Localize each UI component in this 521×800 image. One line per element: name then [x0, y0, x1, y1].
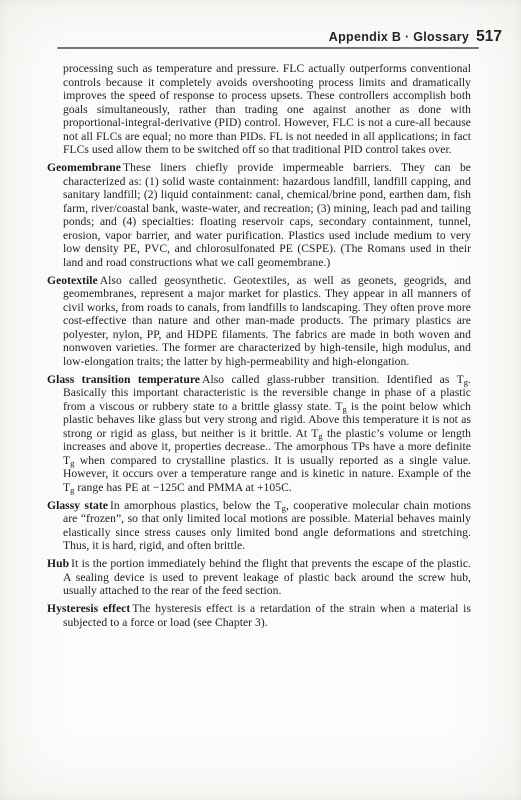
glossary-definition: It is the portion immediately behind the… — [63, 557, 471, 597]
book-page: Appendix B · Glossary517 processing such… — [0, 0, 521, 800]
glossary-term: Glassy state — [47, 499, 108, 512]
glossary-definition: Also called glass-rubber transition. Ide… — [63, 373, 471, 494]
running-header: Appendix B · Glossary517 — [329, 28, 502, 46]
continued-paragraph: processing such as temperature and press… — [63, 62, 471, 157]
glossary-term: Geomembrane — [47, 161, 121, 174]
glossary-entry-hysteresis-effect: Hysteresis effectThe hysteresis effect i… — [47, 602, 471, 629]
header-rule — [57, 47, 479, 49]
glossary-term: Hysteresis effect — [47, 602, 130, 615]
page-number: 517 — [476, 28, 502, 45]
glossary-entry-geotextile: GeotextileAlso called geosynthetic. Geot… — [47, 274, 471, 369]
glossary-content: processing such as temperature and press… — [47, 62, 471, 629]
glossary-entry-glassy-state: Glassy stateIn amorphous plastics, below… — [47, 499, 471, 553]
running-head-title: Appendix B · Glossary — [329, 30, 469, 44]
glossary-term: Geotextile — [47, 274, 98, 287]
glossary-term: Glass transition temperature — [47, 373, 200, 386]
glossary-entry-glass-transition-temperature: Glass transition temperatureAlso called … — [47, 373, 471, 495]
glossary-definition: Also called geosynthetic. Geotextiles, a… — [63, 274, 471, 368]
glossary-entry-geomembrane: GeomembraneThese liners chiefly provide … — [47, 161, 471, 269]
glossary-entry-hub: HubIt is the portion immediately behind … — [47, 557, 471, 598]
glossary-definition: These liners chiefly provide impermeable… — [63, 161, 471, 269]
glossary-definition: In amorphous plastics, below the Tg, coo… — [63, 499, 471, 553]
glossary-term: Hub — [47, 557, 69, 570]
